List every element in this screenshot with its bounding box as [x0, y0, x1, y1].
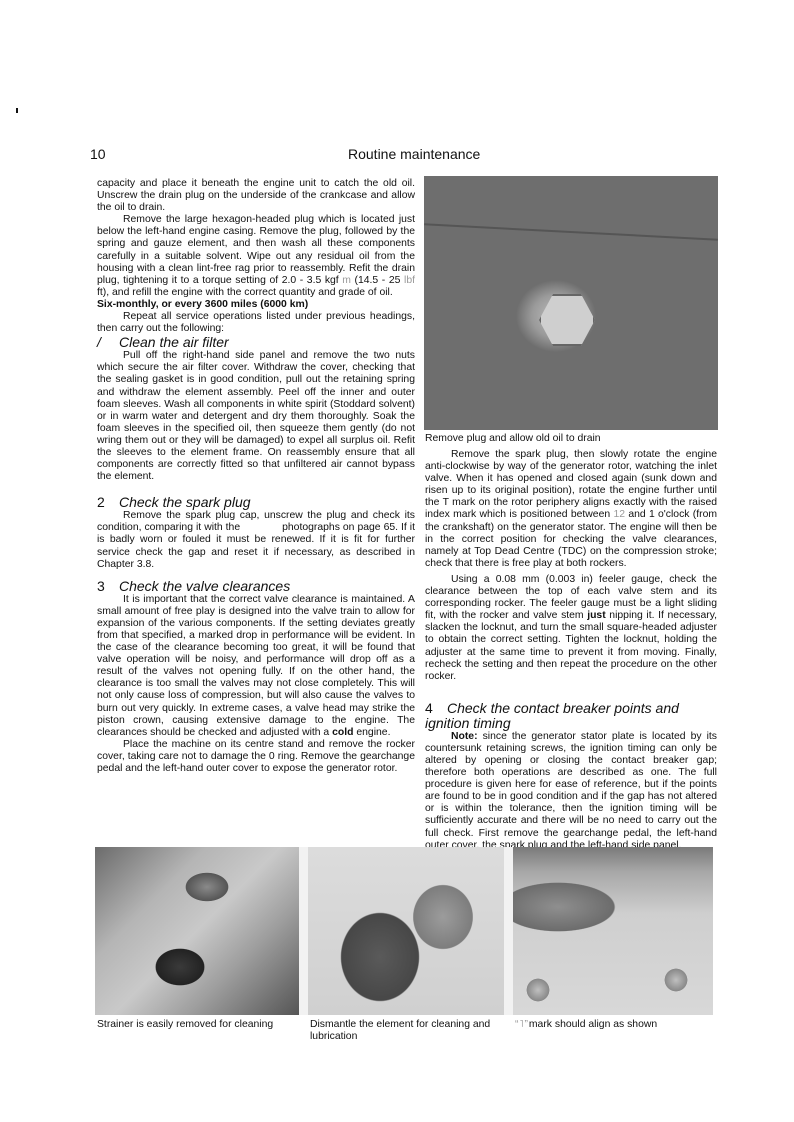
photo-air-filter-element: [308, 847, 504, 1015]
photo-caption-drain-plug: Remove plug and allow old oil to drain: [425, 433, 601, 445]
running-title: Routine maintenance: [348, 146, 480, 162]
section-intro: Repeat all service operations listed und…: [97, 311, 415, 335]
step-3-heading: 3Check the valve clearances: [97, 579, 415, 594]
tdc-paragraph: Remove the spark plug, then slowly rotat…: [425, 449, 717, 570]
step-3-body-2: Place the machine on its centre stand an…: [97, 739, 415, 775]
intro-paragraph-2: Remove the large hexagon-headed plug whi…: [97, 214, 415, 299]
photo-timing-mark: [513, 847, 713, 1015]
left-column: capacity and place it beneath the engine…: [97, 178, 415, 775]
photo-caption-timing-mark: “˥”mark should align as shown: [515, 1019, 657, 1031]
step-2-heading: 2Check the spark plug: [97, 495, 415, 510]
stray-scan-mark: [16, 108, 18, 113]
step-3-body: It is important that the correct valve c…: [97, 594, 415, 739]
step-1-heading: /Clean the air filter: [97, 335, 415, 350]
step-4-note: Note: since the generator stator plate i…: [425, 731, 717, 852]
section-heading-six-monthly: Six-monthly, or every 3600 miles (6000 k…: [97, 299, 415, 311]
right-column: Remove the spark plug, then slowly rotat…: [425, 449, 717, 852]
step-1-body: Pull off the right-hand side panel and r…: [97, 350, 415, 483]
feeler-gauge-paragraph: Using a 0.08 mm (0.003 in) feeler gauge,…: [425, 574, 717, 683]
step-2-body: Remove the spark plug cap, unscrew the p…: [97, 510, 415, 570]
photo-drain-plug: [424, 176, 718, 430]
photo-caption-element: Dismantle the element for cleaning and l…: [310, 1019, 510, 1043]
photo-caption-strainer: Strainer is easily removed for cleaning: [97, 1019, 273, 1031]
step-4-heading: 4Check the contact breaker points and ig…: [425, 701, 717, 731]
intro-paragraph-1: capacity and place it beneath the engine…: [97, 178, 415, 214]
photo-strainer: [95, 847, 299, 1015]
page-number: 10: [90, 146, 106, 162]
